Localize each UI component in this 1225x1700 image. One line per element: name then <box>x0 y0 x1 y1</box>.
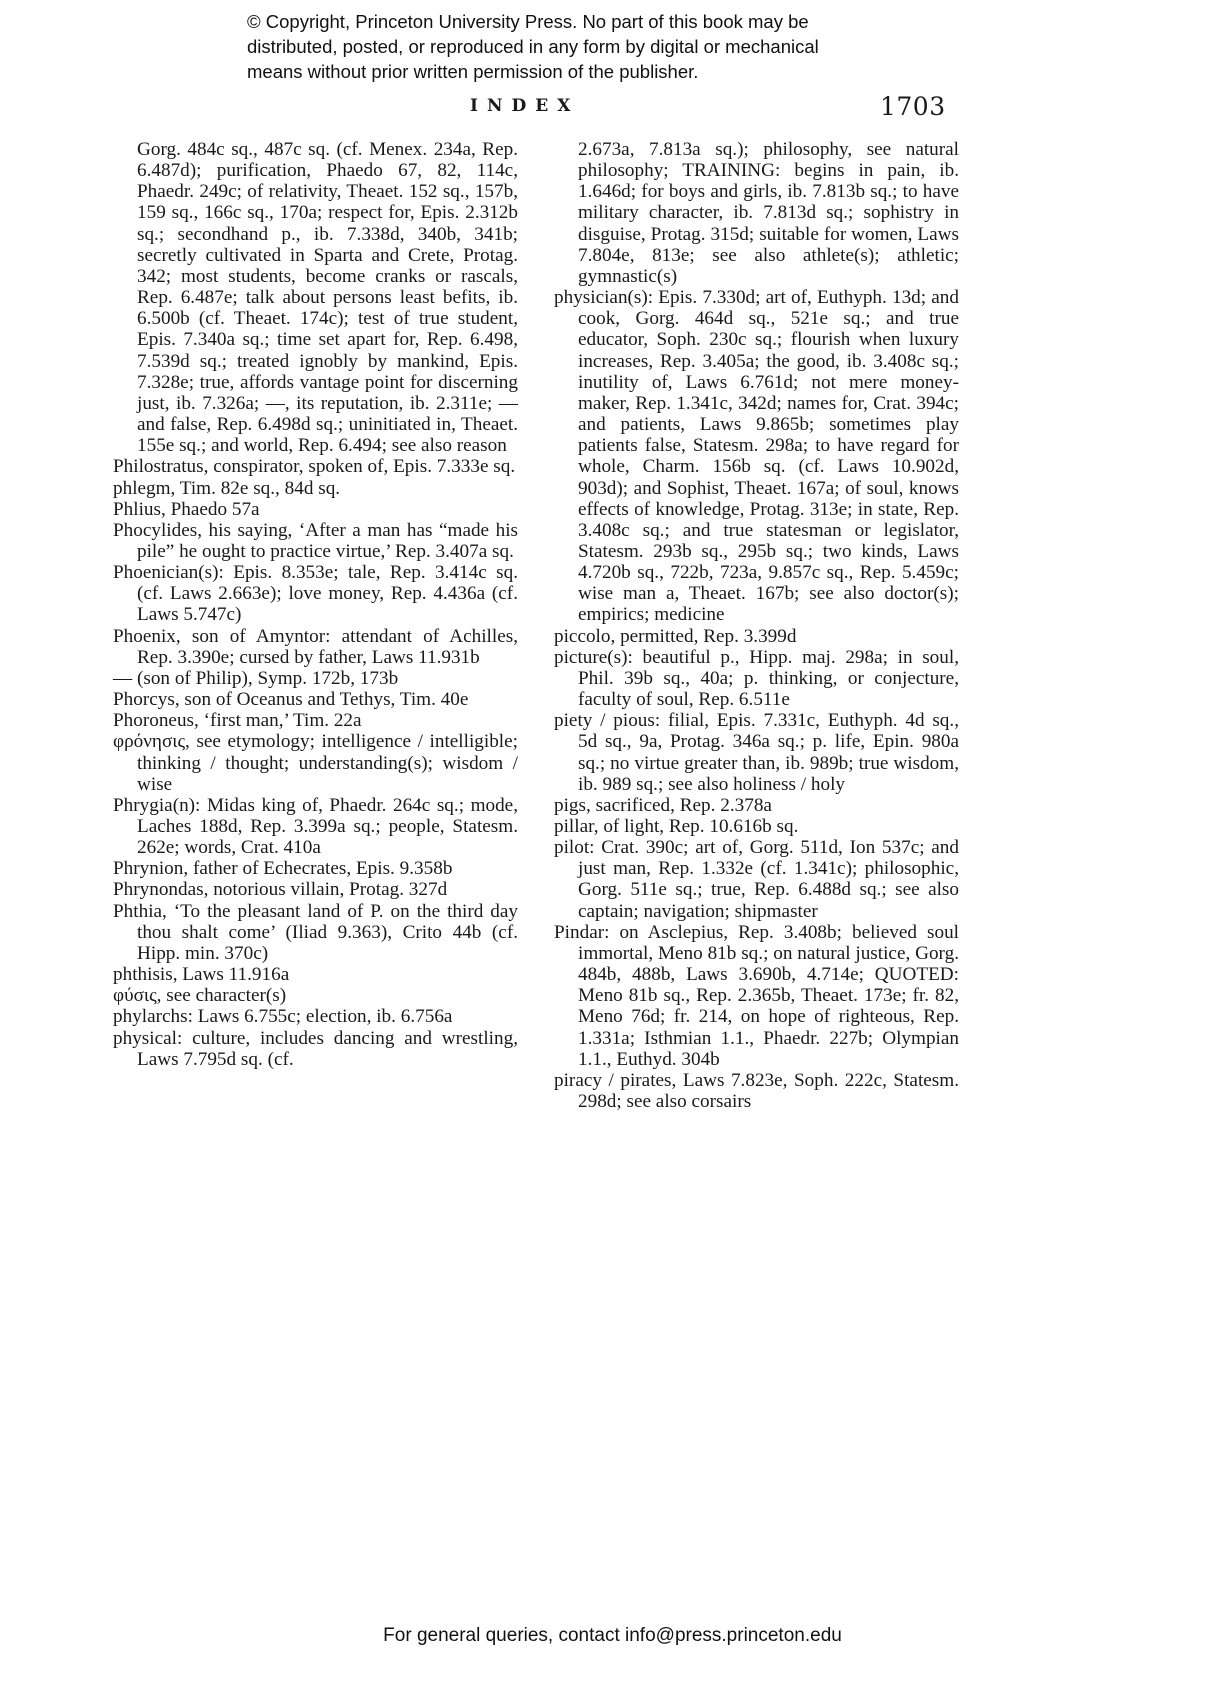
index-entry: Phlius, Phaedo 57a <box>113 499 518 520</box>
index-entry: Phoenix, son of Amyntor: attendant of Ac… <box>113 626 518 668</box>
index-entry: piracy / pirates, Laws 7.823e, Soph. 222… <box>554 1070 959 1112</box>
footer-contact: For general queries, contact info@press.… <box>0 1625 1225 1647</box>
index-column-right: 2.673a, 7.813a sq.); philosophy, see nat… <box>554 139 959 1112</box>
index-entry: Phrygia(n): Midas king of, Phaedr. 264c … <box>113 795 518 858</box>
index-entry: Phoenician(s): Epis. 8.353e; tale, Rep. … <box>113 562 518 625</box>
index-entry: Phorcys, son of Oceanus and Tethys, Tim.… <box>113 689 518 710</box>
index-entry: φρόνησις, see etymology; intelligence / … <box>113 731 518 794</box>
running-title: INDEX <box>470 96 579 116</box>
copyright-line-2: distributed, posted, or reproduced in an… <box>247 34 947 59</box>
index-entry: φύσις, see character(s) <box>113 985 518 1006</box>
copyright-line-1: © Copyright, Princeton University Press.… <box>247 9 947 34</box>
index-entry: Phrynondas, notorious villain, Protag. 3… <box>113 879 518 900</box>
page-number: 1703 <box>880 92 946 121</box>
running-head: INDEX 1703 <box>0 96 1225 126</box>
index-entry: piccolo, permitted, Rep. 3.399d <box>554 626 959 647</box>
index-entry: pigs, sacrificed, Rep. 2.378a <box>554 795 959 816</box>
index-entry: physical: culture, includes dancing and … <box>113 1028 518 1070</box>
index-entry: picture(s): beautiful p., Hipp. maj. 298… <box>554 647 959 710</box>
index-entry: Gorg. 484c sq., 487c sq. (cf. Menex. 234… <box>113 139 518 456</box>
index-entry: pilot: Crat. 390c; art of, Gorg. 511d, I… <box>554 837 959 922</box>
index-entry: — (son of Philip), Symp. 172b, 173b <box>113 668 518 689</box>
index-entry: 2.673a, 7.813a sq.); philosophy, see nat… <box>554 139 959 287</box>
index-column-left: Gorg. 484c sq., 487c sq. (cf. Menex. 234… <box>113 139 518 1070</box>
index-entry: Phthia, ‘To the pleasant land of P. on t… <box>113 901 518 964</box>
index-entry: pillar, of light, Rep. 10.616b sq. <box>554 816 959 837</box>
index-entry: Phrynion, father of Echecrates, Epis. 9.… <box>113 858 518 879</box>
index-entry: Pindar: on Asclepius, Rep. 3.408b; belie… <box>554 922 959 1070</box>
index-entry: Philostratus, conspirator, spoken of, Ep… <box>113 456 518 477</box>
index-entry: Phocylides, his saying, ‘After a man has… <box>113 520 518 562</box>
index-entry: phlegm, Tim. 82e sq., 84d sq. <box>113 478 518 499</box>
index-entry: piety / pious: filial, Epis. 7.331c, Eut… <box>554 710 959 795</box>
copyright-notice: © Copyright, Princeton University Press.… <box>247 9 947 84</box>
index-entry: physician(s): Epis. 7.330d; art of, Euth… <box>554 287 959 626</box>
index-entry: phthisis, Laws 11.916a <box>113 964 518 985</box>
copyright-line-3: means without prior written permission o… <box>247 59 947 84</box>
index-entry: phylarchs: Laws 6.755c; election, ib. 6.… <box>113 1006 518 1027</box>
index-entry: Phoroneus, ‘first man,’ Tim. 22a <box>113 710 518 731</box>
